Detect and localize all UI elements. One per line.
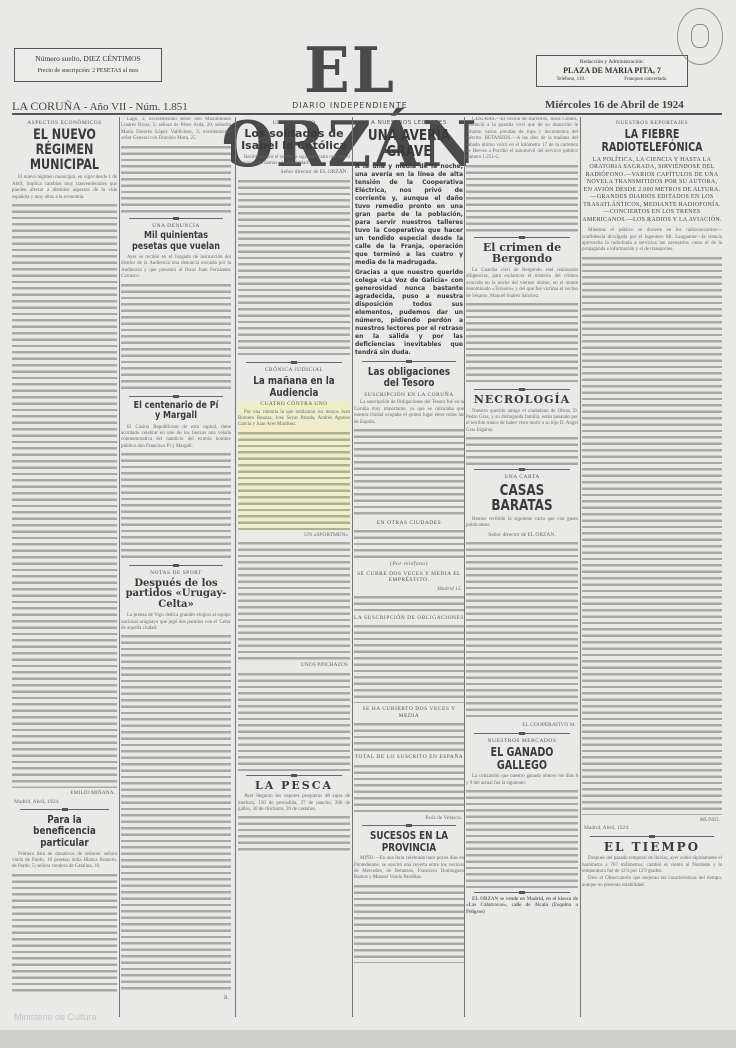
article-headline-ganado: EL GANADO GALLEGO bbox=[477, 746, 567, 771]
article-body-filler bbox=[238, 430, 350, 530]
price-single: Número suelto, DIEZ CÉNTIMOS bbox=[15, 54, 161, 63]
article-headline-denuncia: Mil quinientas pesetas que vuelan bbox=[132, 231, 220, 252]
article-lead: MIÑO.—En una feria celebrada hace pocos … bbox=[354, 856, 464, 882]
article-signature: R. bbox=[123, 995, 229, 1001]
article-body-filler bbox=[466, 788, 578, 888]
article-lead: Recibimos por el correo la siguiente car… bbox=[238, 155, 350, 168]
article-headline-centenario: El centenario de Pí y Margall bbox=[132, 401, 220, 422]
article-headline-necrologia: NECROLOGÍA bbox=[466, 394, 578, 406]
article-body-filler bbox=[466, 163, 578, 233]
article-headline-pesca: LA PESCA bbox=[238, 780, 350, 792]
column-3: UN OBSEQUIO Los soldados de Isabel la Ca… bbox=[238, 117, 350, 1017]
article-deck: LA POLÍTICA, LA CIENCIA Y HASTA LA ORATO… bbox=[582, 157, 722, 225]
city: LA CORUÑA bbox=[12, 99, 81, 113]
article-body-filler bbox=[582, 255, 722, 815]
price-box: Número suelto, DIEZ CÉNTIMOS Precio de s… bbox=[14, 48, 162, 82]
address-box: Redacción y Administración: PLAZA DE MAR… bbox=[536, 55, 688, 87]
article-lead: Nuestro querido amigo el ciudadano de Ob… bbox=[466, 409, 578, 435]
article-body-filler bbox=[121, 451, 231, 561]
article-body-filler bbox=[238, 540, 350, 660]
article-text: CESURAS.—El vecino de Barreiros, Jesús G… bbox=[466, 117, 578, 162]
column-4: A NUESTROS LECTORES UNA AVERÍA GRAVE A l… bbox=[354, 117, 464, 1017]
dateline-left: LA CORUÑA - Año VII - Núm. 1.851 bbox=[12, 99, 188, 114]
address-label: Redacción y Administración: bbox=[537, 59, 687, 65]
address: PLAZA DE MARIA PITA, 7 bbox=[537, 66, 687, 75]
article-paragraph: Dice el Observatorio que mejoran las car… bbox=[582, 876, 722, 889]
column-5: CESURAS.—El vecino de Barreiros, Jesús G… bbox=[466, 117, 578, 1017]
article-text: Lago, 2; excelentísimo señor don Maximil… bbox=[121, 117, 231, 143]
article-body-filler bbox=[466, 301, 578, 385]
article-dateline: Madrid 15. bbox=[356, 586, 462, 592]
article-subhead: CUATRO CONTRA UNO bbox=[238, 401, 350, 407]
article-headline-radio: LA FIEBRE RADIOTELEFÓNICA bbox=[596, 128, 708, 153]
masthead-rule bbox=[12, 113, 722, 115]
phone: Teléfono, 110. bbox=[556, 77, 585, 82]
article-kicker: UN OBSEQUIO bbox=[238, 120, 350, 126]
column-divider bbox=[352, 117, 353, 1017]
article-body-filler bbox=[354, 623, 464, 703]
separator bbox=[246, 775, 342, 776]
article-kicker: NUESTROS MERCADOS bbox=[466, 738, 578, 744]
article-subhead: SE CUBRE DOS VECES Y MEDIA EL EMPRÉSTITO… bbox=[354, 571, 464, 584]
article-subhead: TOTAL DE LO SUSCRITO EN ESPAÑA bbox=[354, 754, 464, 760]
article-headline-bergondo: El crimen de Bergondo bbox=[466, 242, 578, 265]
article-headline-tesoro: Las obligaciones del Tesoro bbox=[365, 366, 453, 389]
article-lead: El Casino Republicano de esta capital, t… bbox=[121, 425, 231, 451]
column-1: ASPECTOS ECONÓMICOS EL NUEVO RÉGIMEN MUN… bbox=[12, 117, 117, 1017]
separator bbox=[590, 836, 714, 837]
newspaper-page: Número suelto, DIEZ CÉNTIMOS Precio de s… bbox=[0, 0, 736, 1030]
article-lead: Primera lista de donativos de señoras: s… bbox=[12, 852, 117, 871]
article-body-filler bbox=[12, 202, 117, 788]
article-headline-casas: CASAS BARATAS bbox=[477, 483, 567, 515]
separator bbox=[362, 825, 456, 826]
separator bbox=[474, 892, 570, 893]
article-kicker: NUESTROS REPORTAJES bbox=[582, 120, 722, 126]
article-body-filler bbox=[121, 282, 231, 392]
article-subhead: SUSCRIPCIÓN EN LA CORUÑA bbox=[354, 392, 464, 398]
article-lead: La prensa de Vigo dedica grandes elogios… bbox=[121, 613, 231, 632]
article-lead: Por una valentía la que realizaron los m… bbox=[238, 410, 350, 429]
article-kicker: CRÓNICA JUDICIAL bbox=[238, 367, 350, 373]
article-headline-beneficencia: Para la beneficencia particular bbox=[23, 814, 107, 849]
article-headline-tiempo: EL TIEMPO bbox=[582, 841, 722, 854]
column-6: NUESTROS REPORTAJES LA FIEBRE RADIOTELEF… bbox=[582, 117, 722, 1017]
article-headline-averia: UNA AVERÍA GRAVE bbox=[365, 128, 453, 160]
article-kicker: NOTAS DE SPORT bbox=[121, 570, 231, 576]
issue-date: Miércoles 16 de Abril de 1924 bbox=[545, 99, 684, 111]
phone-note: (Por teléfono) bbox=[354, 561, 464, 567]
article-dateline: Madrid, Abril, 1924. bbox=[584, 825, 720, 831]
article-lead: La Guardia civil de Bergondo está realiz… bbox=[466, 268, 578, 300]
article-lead: La cotización que nuestro ganado obtuvo … bbox=[466, 774, 578, 787]
article-body-filler bbox=[354, 763, 464, 813]
article-lead: Ayer llegaron los vapores pesqueros 48 c… bbox=[238, 794, 350, 813]
article-body-filler bbox=[354, 594, 464, 612]
separator bbox=[129, 565, 223, 566]
article-signature: MUNIO. bbox=[584, 817, 720, 823]
price-subscription: Precio de suscripción: 2 PESETAS al mes bbox=[15, 68, 161, 74]
article-body-filler bbox=[354, 427, 464, 517]
article-body-filler bbox=[354, 721, 464, 751]
separator bbox=[474, 389, 570, 390]
separator bbox=[474, 733, 570, 734]
article-dateline: Madrid, Abril, 1924. bbox=[14, 799, 115, 805]
article-signature: EMILIO MIÑANA. bbox=[14, 790, 115, 796]
article-paragraph: Gracias a que nuestro querido colega «La… bbox=[355, 269, 463, 357]
separator bbox=[20, 809, 109, 810]
issue-number: - Año VII - Núm. 1.851 bbox=[84, 101, 188, 113]
article-lead: La suscripción de Obligaciones del Tesor… bbox=[354, 400, 464, 426]
postage: Franqueo concertado. bbox=[624, 77, 667, 82]
article-subhead: SE HA CUBIERTO DOS VECES Y MEDIA bbox=[354, 706, 464, 719]
library-seal-icon bbox=[677, 8, 723, 65]
article-body-filler bbox=[238, 178, 350, 358]
article-signature: EL COOPERATIVO M. bbox=[468, 722, 576, 728]
article-body-filler bbox=[121, 633, 231, 993]
footnote-madrid-kiosk: EL ORZAN se vende en Madrid, en el kiosc… bbox=[466, 897, 578, 916]
separator bbox=[362, 361, 456, 362]
column-divider bbox=[119, 117, 120, 1017]
article-body-filler bbox=[466, 540, 578, 720]
article-kicker: ASPECTOS ECONÓMICOS bbox=[12, 120, 117, 126]
article-lead: Mientras el público se divierte en los r… bbox=[582, 228, 722, 254]
masthead: Número suelto, DIEZ CÉNTIMOS Precio de s… bbox=[0, 0, 736, 90]
article-kicker: UNA DENUNCIA bbox=[121, 223, 231, 229]
column-divider bbox=[235, 117, 236, 1017]
article-subhead: LA SUSCRIPCIÓN DE OBLIGACIONES bbox=[354, 615, 464, 621]
separator bbox=[129, 396, 223, 397]
scan-margin bbox=[0, 1030, 736, 1048]
article-headline-audiencia: La mañana en la Audiencia bbox=[249, 375, 339, 398]
article-subhead: EN OTRAS CIUDADES bbox=[354, 520, 464, 526]
separator bbox=[246, 362, 342, 363]
article-headline-soldados: Los soldados de Isabel la Católica bbox=[238, 128, 350, 151]
article-body-filler bbox=[238, 814, 350, 854]
article-lead: Después del pasado temporal de lluvias, … bbox=[582, 856, 722, 875]
separator bbox=[129, 218, 223, 219]
article-body-filler bbox=[354, 883, 464, 963]
article-body-filler bbox=[12, 872, 117, 992]
newspaper-subtitle: DIARIO INDEPENDIENTE bbox=[200, 101, 500, 110]
column-2: Lago, 2; excelentísimo señor don Maximil… bbox=[121, 117, 231, 1017]
article-subhead: UN «SPORTMEN» bbox=[240, 532, 348, 538]
separator bbox=[474, 469, 570, 470]
article-paragraph: A la una y media de la noche, una avería… bbox=[355, 163, 463, 267]
article-lead: Ayer se recibió en el Juzgado de instruc… bbox=[121, 255, 231, 281]
article-body-filler bbox=[354, 528, 464, 558]
article-addressee: Señor director de EL ORZAN. bbox=[468, 532, 576, 538]
column-divider bbox=[464, 117, 465, 1017]
column-divider bbox=[580, 117, 581, 1017]
article-subhead: UNOS PINCHAZOS bbox=[240, 662, 348, 668]
archive-watermark: Ministerio de Cultura bbox=[14, 1012, 97, 1022]
article-headline-provincia: SUCESOS EN LA PROVINCIA bbox=[365, 830, 453, 853]
article-headline-sport: Después de los partidos «Urugay-Celta» bbox=[121, 579, 231, 611]
article-body-filler bbox=[466, 435, 578, 465]
article-body-filler bbox=[121, 144, 231, 214]
separator bbox=[474, 237, 570, 238]
article-addressee: Señor director de EL ORZAN. bbox=[240, 169, 348, 175]
article-signature: Ruiz de Velasco. bbox=[356, 815, 462, 821]
article-body-filler bbox=[238, 671, 350, 771]
article-lead: Hemos recibido la siguiente carta que co… bbox=[466, 517, 578, 530]
article-headline-regimen: EL NUEVO RÉGIMEN MUNICIPAL bbox=[23, 128, 107, 172]
article-lead: El nuevo régimen municipal, en vigor des… bbox=[12, 175, 117, 201]
